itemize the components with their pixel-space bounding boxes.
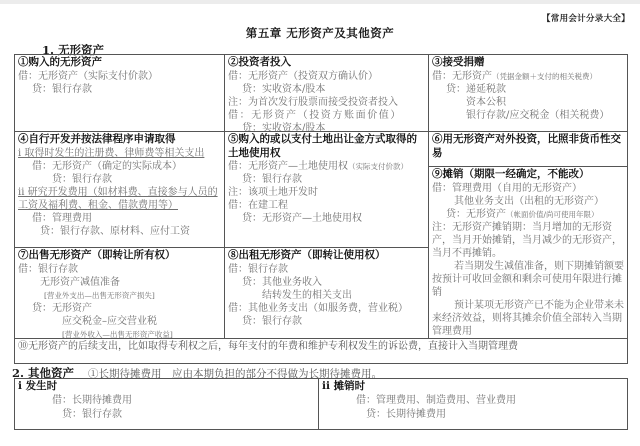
credit-line: 贷：无形资产（帐面价值/尚可使用年限） [432,208,624,221]
note-line: 注：为首次发行股票而接受投资者投入 [228,96,425,109]
credit-line: 贷：银行存款、原材料、应付工资 [18,225,221,238]
subsection-registration: i 取得时发生的注册费、律师费等相关支出 [18,147,221,160]
cell-title: ⑥用无形资产对外投资，比照非货币性交易 [432,133,624,160]
note-line: 结转发生的相关支出 [228,289,425,302]
cell-self-developed: ④自行开发并按法律程序申请取得 i 取得时发生的注册费、律师费等相关支出 借：无… [14,131,225,248]
cell-title: ⑤购入的或以支付土地出让金方式取得的土地使用权 [228,133,425,160]
cell-donation: ③接受捐赠 借：无形资产（凭据金额＋支付的相关税费） 贷：递延税款 资本公积 银… [428,54,628,132]
cell-amortization: ⑨摊销（期限一经确定，不能改） 借：管理费用（自用的无形资产） 其他业务支出（出… [428,166,628,339]
note-paragraph: 若当期发生减值准备，则下期摊销额要按预计可收回金额和剩余可使用年限进行摊销 [432,260,624,299]
cell-title: i 发生时 [18,380,315,394]
cell-title: ②投资者投入 [228,56,425,70]
cell-title: ii 摊销时 [322,380,624,394]
debit-line: 借：无形资产（实际支付价款） [18,70,221,83]
credit-line: 贷：银行存款 [18,83,221,96]
credit-line: 贷：实收资本/股本 [228,83,425,96]
cell-sale-intangible: ⑦出售无形资产（即转让所有权） 借：银行存款 无形资产减值准备 [营业外支出—出… [14,247,225,339]
cell-subsequent-expenditure: ⑩无形资产的后续支出，比如取得专利权之后，每年支付的年费和维护专利权发生的诉讼费… [14,338,628,364]
cell-investor-contribution: ②投资者投入 借：无形资产（投资双方确认价） 贷：实收资本/股本 注：为首次发行… [224,54,429,132]
credit-line: 银行存款/应交税金（相关税费） [432,109,624,122]
debit-line: 借：管理费用（自用的无形资产） [432,182,624,195]
debit-line: 借：银行存款 [228,263,425,276]
cell-title: ③接受捐赠 [432,56,624,70]
cell-title: ①购入的无形资产 [18,56,221,70]
debit-line: [营业外支出—出售无形资产损失] [18,289,221,302]
debit-line: 其他业务支出（出租的无形资产） [432,195,624,208]
credit-line: 贷：其他业务收入 [228,276,425,289]
debit-line: 借：无形资产（投资方账面价值） [228,109,425,122]
credit-line: 贷：银行存款 [18,173,221,186]
credit-line: 贷：银行存款 [228,173,425,186]
debit-line: 借：在建工程 [228,199,425,212]
debit-line: 无形资产减值准备 [18,276,221,289]
chapter-title: 第五章 无形资产及其他资产 [0,25,640,41]
brand-label: 【常用会计分录大全】 [542,12,630,24]
cell-title: ⑧出租无形资产（即转让使用权） [228,249,425,263]
debit-line: 借：管理费用、制造费用、营业费用 [322,394,624,408]
debit-line: 借：长期待摊费用 [18,394,315,408]
debit-line: 借：银行存款 [18,263,221,276]
credit-line: 贷：银行存款 [18,408,315,422]
credit-line: 贷：银行存款 [228,315,425,328]
credit-line: 资本公积 [432,96,624,109]
cell-land-use-right: ⑤购入的或以支付土地出让金方式取得的土地使用权 借：无形资产—土地使用权（实际支… [224,131,429,248]
credit-line: 贷：无形资产—土地使用权 [228,212,425,225]
cell-lease-intangible: ⑧出租无形资产（即转让使用权） 借：银行存款 贷：其他业务收入 结转发生的相关支… [224,247,429,339]
cell-title: ⑦出售无形资产（即转让所有权） [18,249,221,263]
note-paragraph: 预计某项无形资产已不能为企业带来未来经济效益，则将其摊余价值全部转入当期管理费用 [432,299,624,338]
cell-occurrence: i 发生时 借：长期待摊费用 贷：银行存款 [14,378,319,430]
top-border [0,0,640,4]
note-line: 注：该项土地开发时 [228,186,425,199]
subsection-rnd: ii 研究开发费用（如材料费、直接参与人员的工资及福利费、租金、借款费用等） [18,186,221,212]
debit-line: 借：无形资产—土地使用权（实际支付价款） [228,160,425,173]
cell-purchased-intangible: ①购入的无形资产 借：无形资产（实际支付价款） 贷：银行存款 [14,54,225,132]
cell-external-investment: ⑥用无形资产对外投资，比照非货币性交易 [428,131,628,167]
credit-line: 贷：递延税款 [432,83,624,96]
note-paragraph: 注：无形资产摊销期：当月增加的无形资产，当月开始摊销，当月减少的无形资产，当月不… [432,221,624,260]
debit-line: 借：无形资产（投资双方确认价） [228,70,425,83]
cell-title: ⑨摊销（期限一经确定，不能改） [432,168,624,182]
debit-line: 借：无形资产（确定的实际成本） [18,160,221,173]
debit-line: 借：管理费用 [18,212,221,225]
cell-title: ④自行开发并按法律程序申请取得 [18,133,221,147]
note-line: ⑩无形资产的后续支出，比如取得专利权之后，每年支付的年费和维护专利权发生的诉讼费… [18,340,624,353]
cell-amortize: ii 摊销时 借：管理费用、制造费用、营业费用 贷：长期待摊费用 [318,378,628,430]
credit-line: 贷：无形资产 [18,302,221,315]
credit-line: 贷：长期待摊费用 [322,408,624,422]
debit-line: 借：其他业务支出（如服务费，营业税） [228,302,425,315]
debit-line: 借：无形资产（凭据金额＋支付的相关税费） [432,70,624,83]
credit-line: 应交税金–应交营业税 [18,315,221,328]
